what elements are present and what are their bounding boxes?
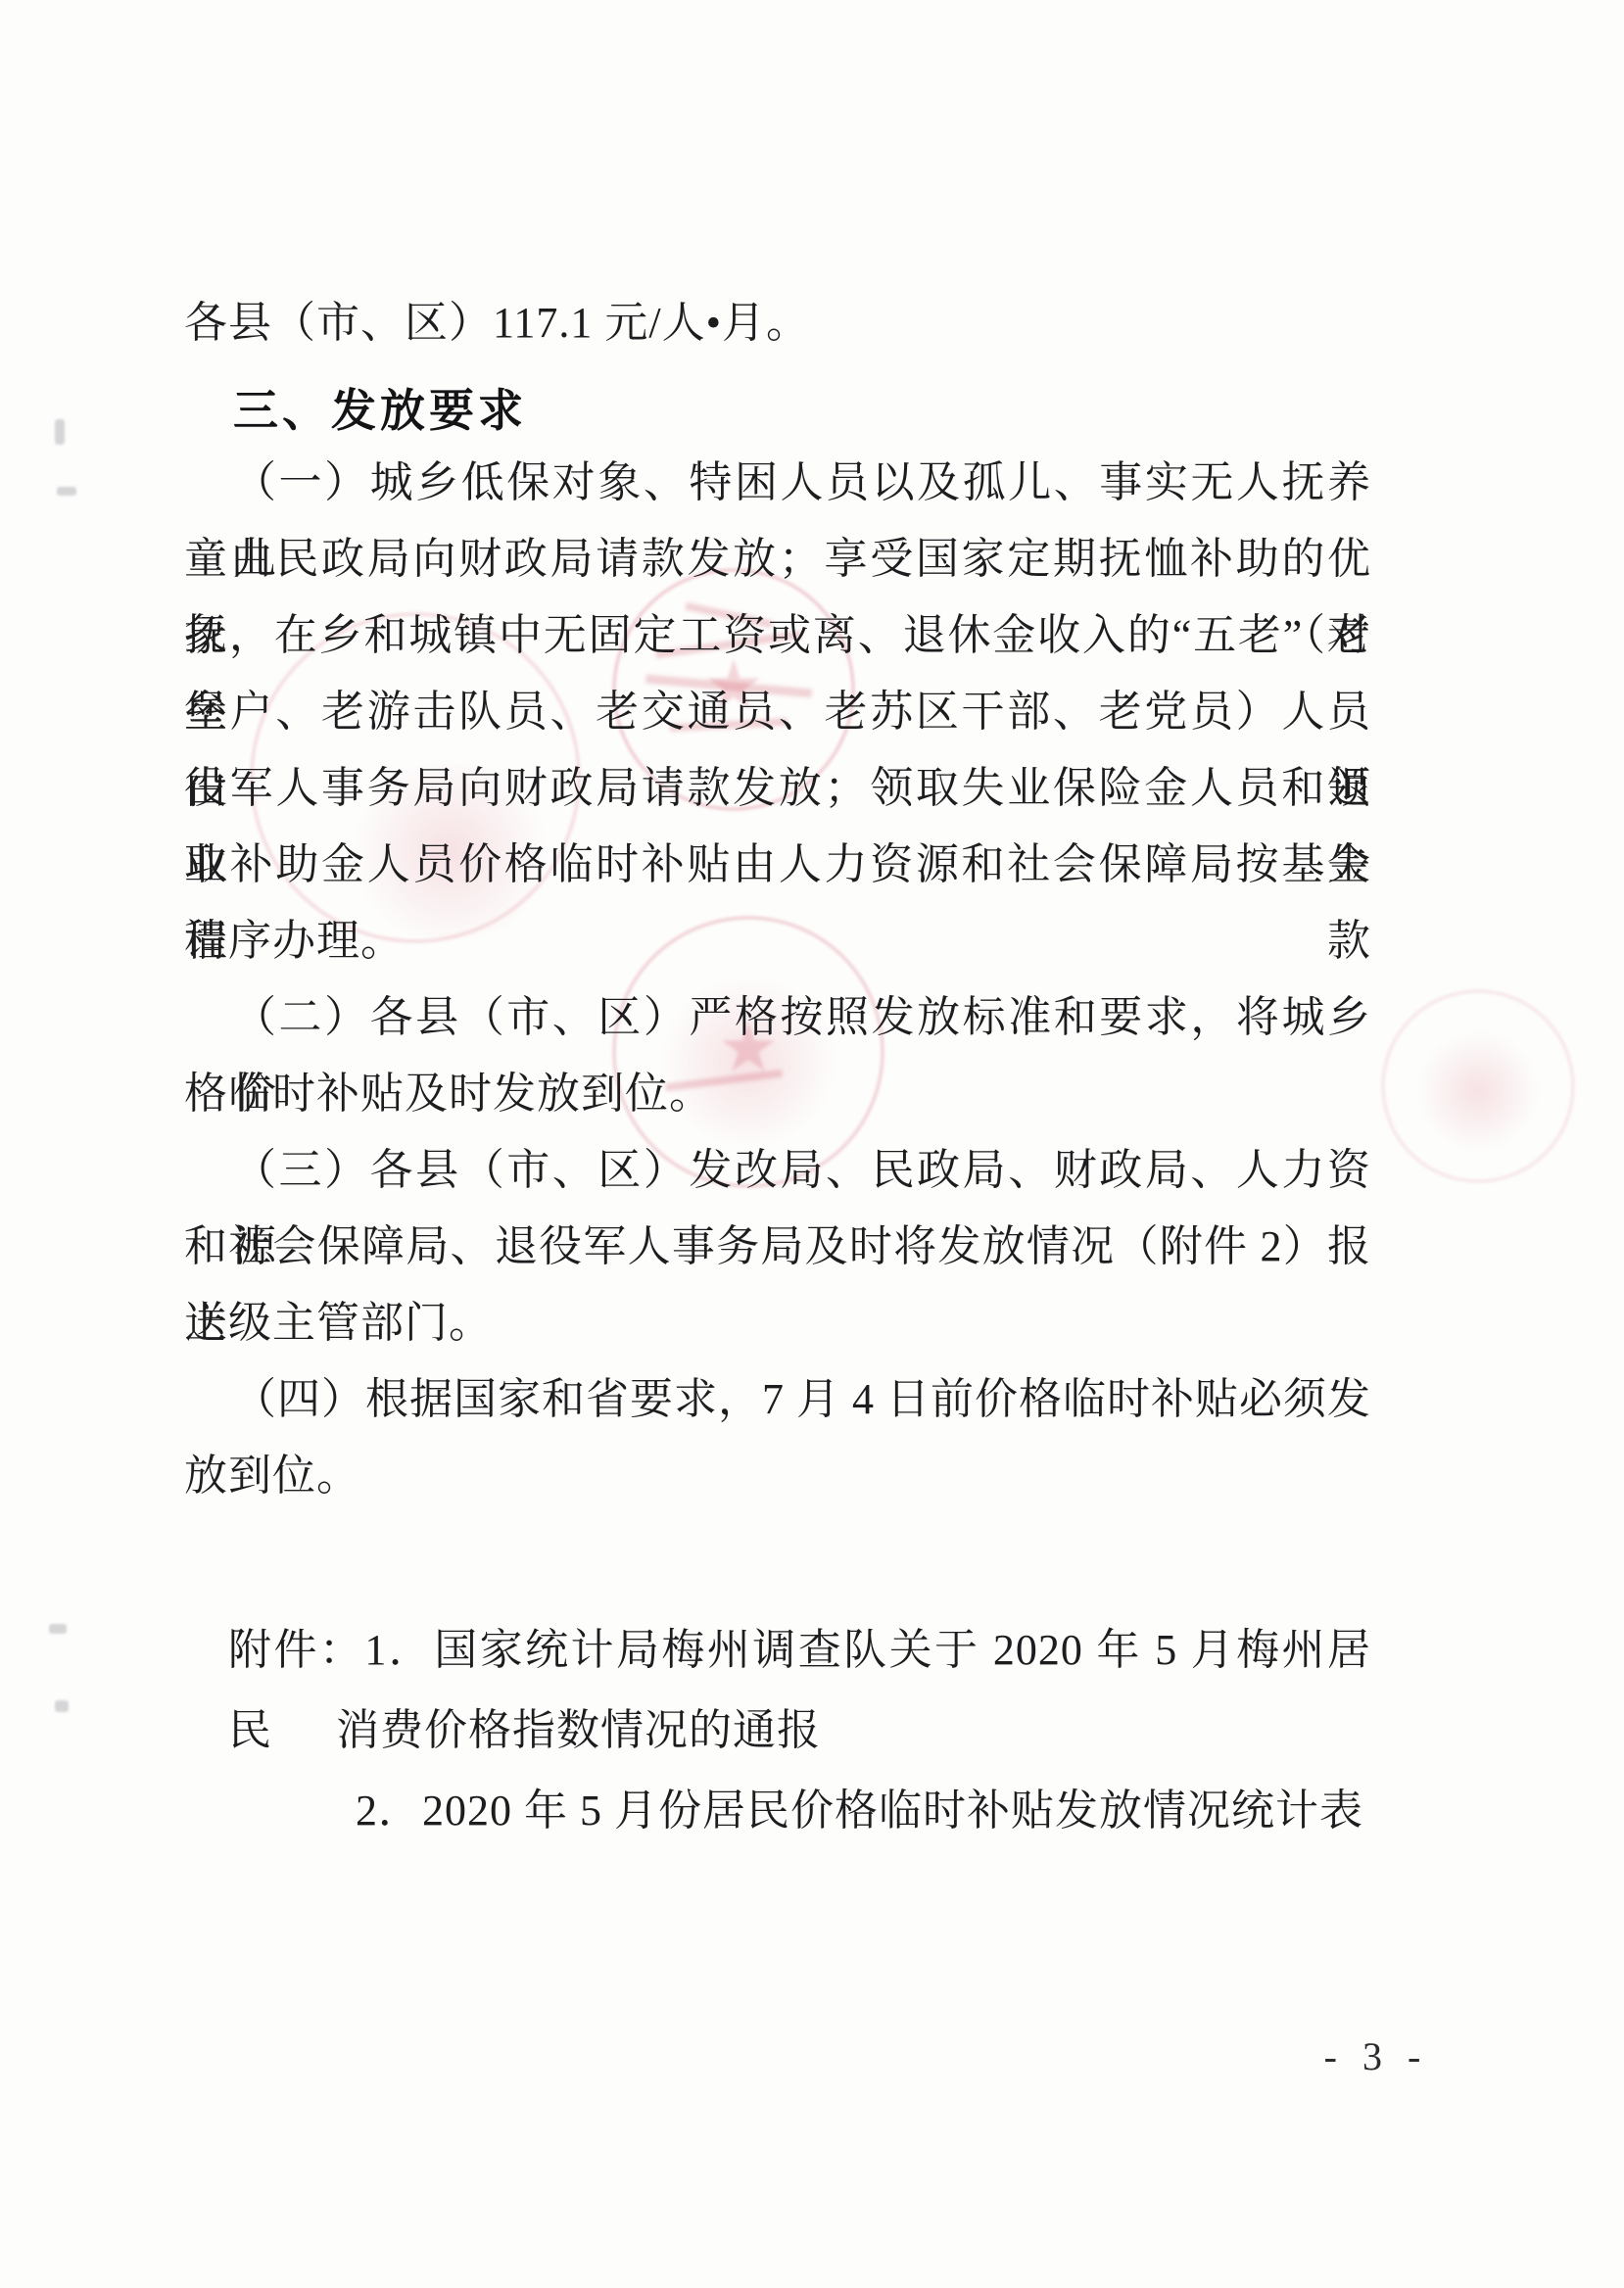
text-line: 上级主管部门。: [184, 1285, 1371, 1361]
scan-artifact: [49, 1624, 67, 1634]
text-line: 役军人事务局向财政局请款发放；领取失业保险金人员和领取失: [184, 750, 1371, 827]
attachment-line: 附件：1．国家统计局梅州调查队关于 2020 年 5 月梅州居民: [184, 1610, 1371, 1691]
scan-artifact: [55, 419, 65, 445]
scanned-document-page: ★ ★ 各县（市、区）117.1 元/人•月。 三、发放要求 （一）城乡低保对象…: [0, 0, 1624, 2288]
text-line: 和社会保障局、退役军人事务局及时将发放情况（附件 2）报送: [184, 1209, 1371, 1285]
text-line: 格临时补贴及时发放到位。: [184, 1056, 1371, 1132]
attachment-line: 消费价格指数情况的通报: [184, 1691, 1371, 1771]
text-line: 放到位。: [184, 1438, 1371, 1514]
seal-ink-blot: [1414, 1032, 1542, 1150]
text-line: （二）各县（市、区）严格按照发放标准和要求，将城乡价: [184, 979, 1371, 1056]
scan-artifact: [55, 1700, 69, 1712]
attachments-list: 附件：1．国家统计局梅州调查队关于 2020 年 5 月梅州居民 消费价格指数情…: [184, 1610, 1371, 1851]
section-heading: 三、发放要求: [184, 371, 1371, 450]
text-line: 垒户、老游击队员、老交通员、老苏区干部、老党员）人员由退: [184, 674, 1371, 750]
text-line: （一）城乡低保对象、特困人员以及孤儿、事实无人抚养儿: [184, 445, 1371, 521]
text-line: （三）各县（市、区）发改局、民政局、财政局、人力资源: [184, 1132, 1371, 1209]
text-line: 各县（市、区）117.1 元/人•月。: [184, 285, 1371, 361]
red-seal-stamp-4: [1381, 989, 1575, 1183]
text-line: 业补助金人员价格临时补贴由人力资源和社会保障局按基金请款: [184, 827, 1371, 903]
scan-artifact: [57, 487, 76, 496]
text-line: 童由民政局向财政局请款发放；享受国家定期抚恤补助的优抚对: [184, 521, 1371, 597]
attachment-line: 2．2020 年 5 月份居民价格临时补贴发放情况统计表: [184, 1771, 1371, 1851]
body-paragraphs: （一）城乡低保对象、特困人员以及孤儿、事实无人抚养儿 童由民政局向财政局请款发放…: [184, 445, 1371, 1514]
page-number: - 3 -: [1303, 2020, 1450, 2094]
text-line: （四）根据国家和省要求，7 月 4 日前价格临时补贴必须发: [184, 1361, 1371, 1438]
text-line: 象，在乡和城镇中无固定工资或离、退休金收入的“五老”（老堡: [184, 597, 1371, 674]
